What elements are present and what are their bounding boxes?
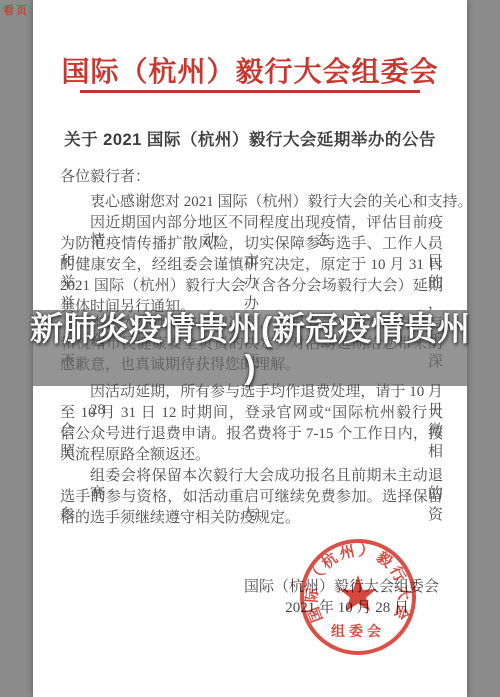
document-page: 国际（杭州）毅行大会组委会 关于 2021 国际（杭州）毅行大会延期举办的公告 …: [33, 0, 467, 697]
body-line: 衷心感谢您对 2021 国际（杭州）毅行大会的关心和支持。: [60, 193, 443, 211]
document-title: 关于 2021 国际（杭州）毅行大会延期举办的公告: [33, 126, 467, 150]
official-seal: 国际（杭州）毅行大会 组委会: [296, 535, 420, 659]
letterhead-rule: [80, 90, 420, 93]
body-line: 各位毅行者：: [60, 168, 443, 186]
body-line: 格的选手须继续遵守相关防疫规定。: [60, 509, 443, 527]
screenshot-canvas: 看页 三 项 显 国际（杭州）毅行大会组委会 关于 2021 国际（杭州）毅行大…: [0, 0, 500, 697]
letterhead-org-name: 国际（杭州）毅行大会组委会: [33, 50, 467, 90]
body-line: 关流程原路全额返还。: [60, 446, 443, 464]
seal-bottom-text: 组委会: [331, 623, 385, 640]
watermark-text-line2: ): [25, 348, 475, 386]
watermark-text-line1: 新肺炎疫情贵州(新冠疫情贵州: [25, 310, 475, 348]
seal-star-icon: [339, 575, 377, 611]
